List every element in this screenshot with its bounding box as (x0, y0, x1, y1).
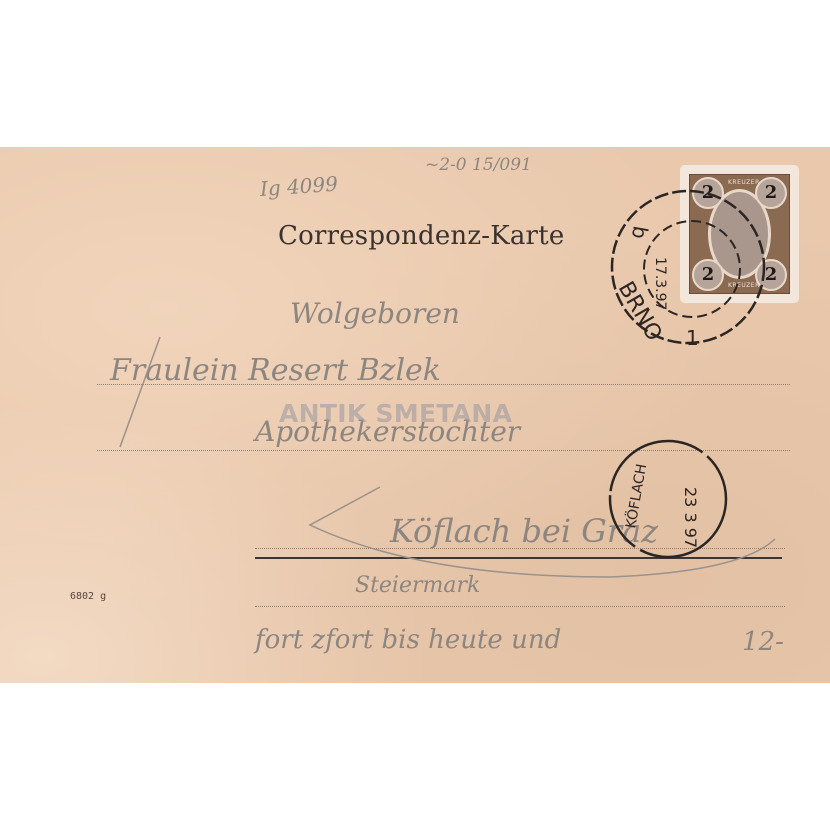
postcard-back: Correspondenz-Karte Ig 4099 ~2-0 15/091 … (0, 147, 830, 683)
watermark: ANTIK SMETANA (279, 399, 512, 428)
postmark-koflach-city: KÖFLACH (621, 462, 650, 529)
postmark-koflach-date: 23 3 97 (681, 487, 700, 548)
print-code: 6802 g (70, 591, 106, 602)
postmark-brno: BRNO 1 b 17.3.97 (600, 177, 780, 357)
postmark-brno-prefix: b (627, 224, 653, 241)
postmark-koflach: KÖFLACH 23 3 97 (595, 417, 755, 577)
postmark-brno-date: 17.3.97 (652, 257, 668, 310)
postmark-brno-number: 1 (686, 326, 699, 350)
